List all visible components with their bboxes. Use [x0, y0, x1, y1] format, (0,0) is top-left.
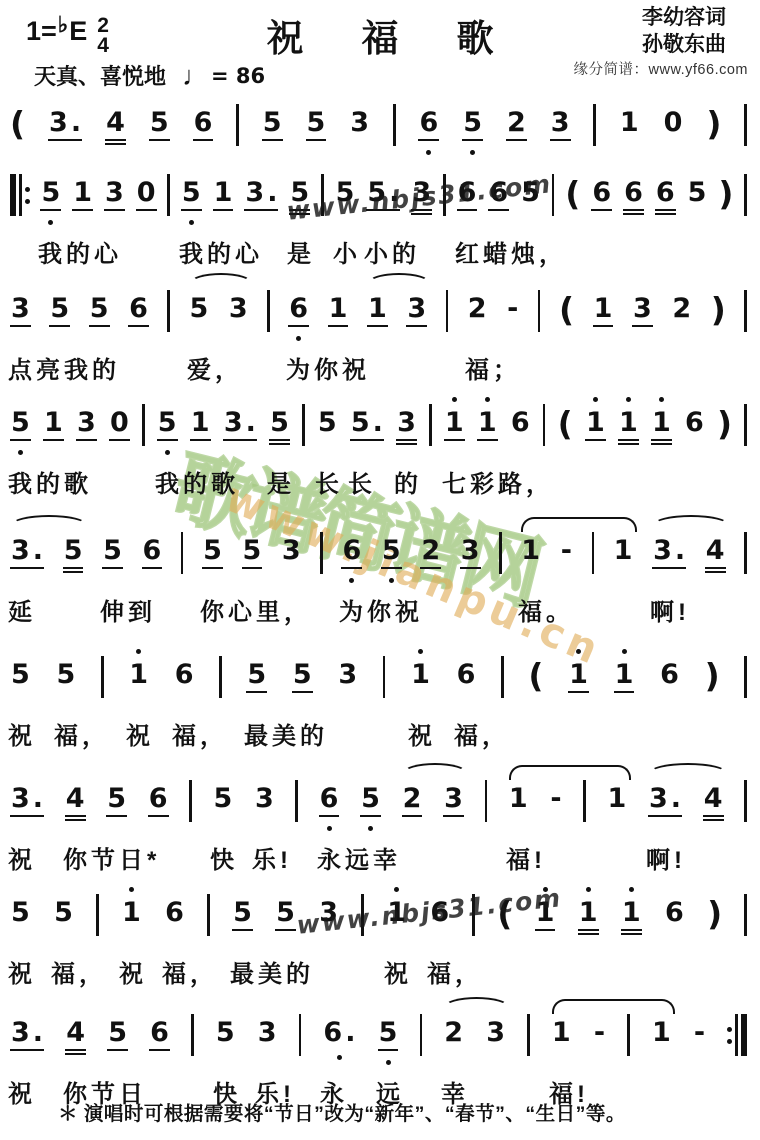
- note: 4: [703, 782, 724, 817]
- slur-arc: [521, 517, 637, 532]
- note-number: 5: [233, 896, 252, 929]
- lyric-syllable: 红蜡烛，: [455, 234, 567, 269]
- score-line: 3.55655365231-13.4延伸到你心里，为你祝福。啊!: [10, 514, 747, 624]
- note-body: 5: [360, 782, 381, 817]
- note-number: 5: [688, 176, 707, 209]
- note-body: 5: [292, 658, 313, 693]
- lyric-syllable: 啊!: [650, 592, 690, 627]
- note-body: 3: [443, 782, 464, 817]
- note: 5: [10, 406, 31, 441]
- lyric-syllable: 我的歌: [155, 464, 239, 499]
- note-number: 5: [351, 406, 370, 439]
- note: 5: [246, 658, 267, 693]
- lyric-syllable: 为你祝: [339, 592, 423, 627]
- note-body: 1: [520, 534, 541, 567]
- note-number: 2: [403, 782, 422, 815]
- note-number: 4: [704, 782, 723, 815]
- lyric-syllable: 祝: [8, 716, 36, 751]
- lyric-syllable: 长: [348, 464, 376, 499]
- low-octave-dot: [327, 826, 332, 831]
- dot: [25, 199, 30, 204]
- note-number: 1: [445, 406, 464, 439]
- note: 4: [65, 782, 86, 817]
- note-number: 5: [158, 406, 177, 439]
- score-line: (3.456553652310): [10, 86, 747, 160]
- note-body: 0: [663, 106, 684, 139]
- note-body: 5: [89, 292, 110, 327]
- high-octave-dot: [586, 887, 591, 892]
- barline: [299, 1014, 302, 1056]
- note: 5: [242, 534, 263, 569]
- note-number: 6: [685, 406, 704, 439]
- note-number: 4: [66, 1016, 85, 1049]
- note: 5: [232, 896, 253, 931]
- note: 5: [89, 292, 110, 327]
- note-body: 1: [585, 406, 606, 441]
- lyric-syllable: 祝: [8, 1074, 36, 1109]
- lyric-syllable: 远: [376, 1074, 404, 1109]
- note: 1: [593, 292, 614, 327]
- note-number: 5: [182, 176, 201, 209]
- note-body: 6: [319, 782, 340, 817]
- lyric-syllable: 小的: [364, 234, 420, 269]
- note: 0: [109, 406, 130, 441]
- note-body: 6: [591, 176, 612, 211]
- note-number: 6: [289, 292, 308, 325]
- note: 5: [106, 782, 127, 817]
- note: 5: [157, 406, 178, 441]
- note-body: 5: [275, 896, 296, 931]
- note-body: 4: [65, 1016, 86, 1051]
- note: 1: [578, 896, 599, 931]
- barline: [538, 290, 541, 332]
- note-body: 5: [102, 534, 123, 569]
- note-number: -: [550, 782, 561, 815]
- note-body: 6.: [322, 1016, 356, 1049]
- close-paren: ): [711, 292, 726, 328]
- note-body: 5: [10, 896, 31, 929]
- note-number: 1: [191, 406, 210, 439]
- lyrics-row: 延伸到你心里，为你祝福。啊!: [10, 592, 747, 624]
- score-line: 551655316(116)祝福，祝福，最美的祝福，: [10, 638, 747, 748]
- note-number: 1: [122, 896, 141, 929]
- note-number: 5: [203, 534, 222, 567]
- lyrics-row: 祝福，祝福，最美的祝福，: [10, 954, 747, 986]
- note-body: 4: [705, 534, 726, 569]
- note: 3: [396, 406, 417, 441]
- note: 0: [136, 176, 157, 211]
- barline: [383, 656, 386, 698]
- note: 6: [164, 896, 185, 929]
- note-number: 6: [320, 782, 339, 815]
- note-body: 3: [228, 292, 249, 325]
- note-number: 5: [293, 658, 312, 691]
- slur-arc: [190, 273, 252, 293]
- note: 4: [705, 534, 726, 569]
- lyric-syllable: 福，: [162, 954, 218, 989]
- note: 1: [551, 1016, 572, 1049]
- lyric-syllable: 福。: [518, 592, 574, 627]
- lyric-syllable: 你节日: [63, 1074, 147, 1109]
- lyric-syllable: 你心里，: [200, 592, 312, 627]
- note: 3.: [244, 176, 278, 211]
- note: 5: [212, 782, 233, 815]
- note: 6: [174, 658, 195, 691]
- note: 1: [43, 406, 64, 441]
- note-body: 3: [485, 1016, 506, 1049]
- note-body: 3.: [48, 106, 82, 141]
- lyric-syllable: 我的心: [179, 234, 263, 269]
- note-body: 1: [651, 1016, 672, 1049]
- note-number: 5: [382, 534, 401, 567]
- note: 1: [607, 782, 628, 815]
- notes-row: 551655316(116): [10, 638, 747, 712]
- note-number: 3: [407, 292, 426, 325]
- note-number: 1: [411, 658, 430, 691]
- dot: [25, 187, 30, 192]
- note-body: 3.: [244, 176, 278, 211]
- lyric-syllable: 小: [333, 234, 361, 269]
- note-number: 1: [552, 1016, 571, 1049]
- slur-arc: [649, 763, 727, 783]
- note-body: 5: [49, 292, 70, 327]
- note-body: 3.: [648, 782, 682, 817]
- note-number: 6: [165, 896, 184, 929]
- note: 1: [619, 106, 640, 139]
- notes-row: (3.456553652310): [10, 86, 747, 160]
- note-body: 3: [349, 106, 370, 139]
- note-number: 1: [579, 896, 598, 929]
- note-number: 6: [592, 176, 611, 209]
- note-number: 5: [150, 106, 169, 139]
- note-number: 5: [190, 292, 209, 325]
- note: 5: [56, 658, 77, 691]
- note-body: 1: [593, 292, 614, 327]
- note-number: 5: [107, 782, 126, 815]
- note-body: 5: [262, 106, 283, 141]
- low-octave-dot: [389, 578, 394, 583]
- note-body: 1: [568, 658, 589, 693]
- note-number: 6: [129, 292, 148, 325]
- close-paren: ): [705, 658, 720, 694]
- note-number: 2: [507, 106, 526, 139]
- note-body: 1: [190, 406, 211, 441]
- note-body: 1: [618, 406, 639, 441]
- note: 5: [149, 106, 170, 141]
- slur-arc: [509, 765, 631, 780]
- note-body: 3.: [652, 534, 686, 569]
- note-body: 3: [406, 292, 427, 327]
- note-number: 3: [11, 782, 30, 815]
- note-number: 6: [457, 658, 476, 691]
- note-body: 3.: [10, 1016, 44, 1051]
- note: 6: [128, 292, 149, 327]
- note: 3: [349, 106, 370, 139]
- note: -: [693, 1016, 706, 1049]
- note-number: 1: [586, 406, 605, 439]
- note: 6: [510, 406, 531, 439]
- note-number: -: [594, 1016, 605, 1049]
- note-body: 3: [281, 534, 302, 567]
- note-number: 3: [49, 106, 68, 139]
- dotted-rhythm-dot: .: [373, 406, 383, 439]
- repeat-dots: [25, 174, 30, 216]
- note-body: -: [560, 534, 573, 567]
- slur-arc: [403, 763, 467, 783]
- note: 6: [418, 106, 439, 141]
- note-number: -: [694, 1016, 705, 1049]
- note: 3.: [10, 534, 44, 569]
- lyric-syllable: 最美的: [230, 954, 314, 989]
- note: 5: [10, 658, 31, 691]
- note: 5: [107, 1016, 128, 1051]
- note: 3: [76, 406, 97, 441]
- note: 3: [257, 1016, 278, 1049]
- note-body: 6: [193, 106, 214, 141]
- note-number: 3: [649, 782, 668, 815]
- note-number: 3: [255, 782, 274, 815]
- note: 5: [49, 292, 70, 327]
- note-number: 1: [329, 292, 348, 325]
- open-paren: (: [559, 292, 574, 328]
- note-body: 6: [418, 106, 439, 141]
- note: 5: [102, 534, 123, 569]
- note-number: 5: [57, 658, 76, 691]
- note-number: 3: [633, 292, 652, 325]
- dotted-rhythm-dot: .: [33, 534, 43, 567]
- note-body: 5: [56, 658, 77, 691]
- lyric-syllable: 福，: [54, 716, 110, 751]
- note-body: 6: [655, 176, 676, 211]
- note-body: 6: [456, 658, 477, 691]
- note: 1: [618, 406, 639, 441]
- note: 1: [410, 658, 431, 691]
- note-number: 1: [615, 658, 634, 691]
- note-number: 4: [66, 782, 85, 815]
- barline: [393, 104, 396, 146]
- note-body: -: [693, 1016, 706, 1049]
- note-body: 1: [619, 106, 640, 139]
- note-body: 6: [164, 896, 185, 929]
- note: 1: [367, 292, 388, 327]
- lyrics-row: 祝福，祝福，最美的祝福，: [10, 716, 747, 748]
- note: 5: [40, 176, 61, 211]
- note-body: 5: [306, 106, 327, 141]
- note: -: [549, 782, 562, 815]
- low-octave-dot: [470, 150, 475, 155]
- barline: [429, 404, 432, 446]
- barline: [320, 532, 323, 574]
- note-body: 3: [460, 534, 481, 569]
- note: 3: [485, 1016, 506, 1049]
- barline: [744, 174, 747, 216]
- note-body: 1: [367, 292, 388, 327]
- lyric-syllable: 你节日*: [63, 840, 160, 875]
- dotted-rhythm-dot: .: [246, 406, 256, 439]
- note-body: 1: [444, 406, 465, 441]
- note-number: 6: [342, 534, 361, 567]
- note-body: 3.: [10, 782, 44, 817]
- lyric-syllable: 永远幸: [317, 840, 401, 875]
- score-line: 3.4565365231-13.4祝你节日*快乐!永远幸福!啊!: [10, 762, 747, 872]
- note-body: 5: [378, 1016, 399, 1051]
- note-number: 6: [194, 106, 213, 139]
- lyrics-row: 祝你节日*快乐!永远幸福!啊!: [10, 840, 747, 872]
- low-octave-dot: [165, 450, 170, 455]
- note-number: 6: [419, 106, 438, 139]
- note-body: 0: [136, 176, 157, 211]
- note: 3: [10, 292, 31, 327]
- note-body: 3: [632, 292, 653, 327]
- barline: [101, 656, 104, 698]
- note-body: 2: [443, 1016, 464, 1049]
- note-body: 1: [613, 534, 634, 567]
- high-octave-dot: [593, 397, 598, 402]
- note-number: 1: [619, 406, 638, 439]
- lyric-syllable: 永: [320, 1074, 348, 1109]
- lyric-syllable: 我的心: [38, 234, 122, 269]
- lyric-syllable: 福，: [51, 954, 107, 989]
- score-line: 3.456536.5231-1-祝你节日快乐!永远幸福!: [10, 996, 747, 1106]
- note-number: 5: [247, 658, 266, 691]
- open-paren: (: [565, 176, 580, 212]
- note-body: 1: [72, 176, 93, 211]
- note-body: 1: [551, 1016, 572, 1049]
- note-number: 1: [569, 658, 588, 691]
- note-number: 6: [656, 176, 675, 209]
- note-number: 0: [137, 176, 156, 209]
- notes-row: 3.55655365231-13.4: [10, 514, 747, 588]
- note-body: 0: [109, 406, 130, 441]
- note: 3: [337, 658, 358, 691]
- note-number: 0: [664, 106, 683, 139]
- dotted-rhythm-dot: .: [267, 176, 277, 209]
- lyric-syllable: 祝: [384, 954, 412, 989]
- barline: [295, 780, 298, 822]
- note-number: 6: [149, 782, 168, 815]
- note-body: 3: [396, 406, 417, 441]
- note-body: 2: [420, 534, 441, 569]
- note-number: 3: [551, 106, 570, 139]
- note-body: 1: [651, 406, 672, 441]
- barline: [142, 404, 145, 446]
- note-number: 5: [216, 1016, 235, 1049]
- lyric-syllable: 福，: [454, 716, 510, 751]
- note: 3: [406, 292, 427, 327]
- barline: [744, 894, 747, 936]
- note-number: -: [507, 292, 518, 325]
- high-octave-dot: [418, 649, 423, 654]
- note-number: 3: [11, 292, 30, 325]
- note-body: 1: [410, 658, 431, 691]
- note-number: 1: [44, 406, 63, 439]
- note: 1: [651, 1016, 672, 1049]
- note-number: 2: [421, 534, 440, 567]
- lyric-syllable: 福，: [172, 716, 228, 751]
- note: 5: [292, 658, 313, 693]
- close-paren: ): [717, 406, 732, 442]
- note-body: 6: [341, 534, 362, 569]
- note: -: [560, 534, 573, 567]
- note: -: [506, 292, 519, 325]
- note: 5: [378, 1016, 399, 1051]
- note: 5: [381, 534, 402, 569]
- lyric-syllable: 啊!: [646, 840, 686, 875]
- note-number: 5: [50, 292, 69, 325]
- notes-row: 5130513.555.3116(1116): [10, 386, 747, 460]
- note-body: 5: [232, 896, 253, 931]
- note-number: 5: [11, 896, 30, 929]
- note-number: 3: [229, 292, 248, 325]
- lyric-syllable: 为你祝: [286, 350, 370, 385]
- note: 5.: [350, 406, 384, 441]
- barline: [236, 104, 239, 146]
- note-number: 1: [509, 782, 528, 815]
- barline: [499, 532, 502, 574]
- note-number: 6: [665, 896, 684, 929]
- note-body: 1: [477, 406, 498, 441]
- barline: [744, 290, 747, 332]
- note: 1: [213, 176, 234, 211]
- note-body: 5: [246, 658, 267, 693]
- note-number: 6: [175, 658, 194, 691]
- note-body: 5: [202, 534, 223, 569]
- note-number: 5: [307, 106, 326, 139]
- note-number: 6: [143, 534, 162, 567]
- note-body: -: [506, 292, 519, 325]
- high-octave-dot: [136, 649, 141, 654]
- slur-arc: [653, 515, 729, 535]
- note-number: 3: [11, 1016, 30, 1049]
- note-body: 6: [174, 658, 195, 691]
- note: 2: [420, 534, 441, 569]
- low-octave-dot: [386, 1060, 391, 1065]
- note-number: 5: [108, 1016, 127, 1049]
- note-body: 6: [142, 534, 163, 569]
- note: 3: [550, 106, 571, 141]
- low-octave-dot: [426, 150, 431, 155]
- lyric-syllable: 爱，: [187, 350, 243, 385]
- note-number: 3: [397, 406, 416, 439]
- note-number: 5: [11, 658, 30, 691]
- dotted-rhythm-dot: .: [671, 782, 681, 815]
- note-body: 2: [467, 292, 488, 325]
- slur-arc: [552, 999, 675, 1014]
- note-number: 1: [214, 176, 233, 209]
- note: 5: [53, 896, 74, 929]
- note-number: 1: [478, 406, 497, 439]
- note-number: 2: [444, 1016, 463, 1049]
- note: 3: [281, 534, 302, 567]
- note-body: 5: [381, 534, 402, 569]
- barline: [96, 894, 99, 936]
- lyric-syllable: 祝: [119, 954, 147, 989]
- note-number: 6: [624, 176, 643, 209]
- note-number: -: [561, 534, 572, 567]
- note: 3.: [652, 534, 686, 569]
- note-body: 5: [462, 106, 483, 141]
- note: 1: [477, 406, 498, 441]
- note-number: 3: [444, 782, 463, 815]
- lyric-syllable: 的: [394, 464, 422, 499]
- note-body: 3.: [10, 534, 44, 569]
- note: 2: [506, 106, 527, 141]
- note: 1: [328, 292, 349, 327]
- note: 3.: [648, 782, 682, 817]
- note: 6.: [322, 1016, 356, 1049]
- high-octave-dot: [485, 397, 490, 402]
- note: 5: [462, 106, 483, 141]
